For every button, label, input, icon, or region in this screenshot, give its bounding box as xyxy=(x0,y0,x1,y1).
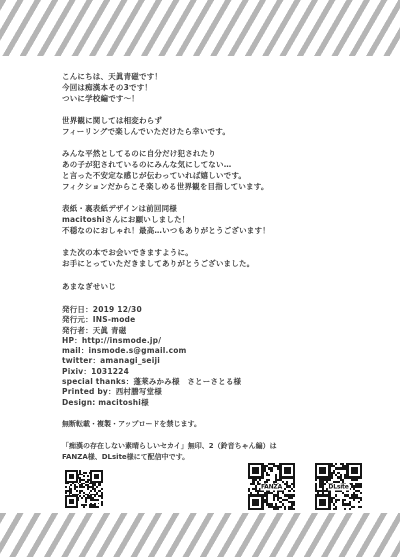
special-thanks: special thanks：蓬莱みかみ様 さとーさとる様 xyxy=(62,377,241,387)
qr-pattern xyxy=(65,470,103,508)
author-signature: あまなぎせいじ xyxy=(62,281,270,292)
dlsite-qr-code: DLsite xyxy=(315,463,362,510)
text-line: 表紙・裏表紙デザインは前回同様 xyxy=(62,204,177,213)
text-line: こんにちは、天眞青磁です！ xyxy=(62,72,162,81)
distribution-notice: 「痴漢の存在しない素晴らしいセカイ」無印、2（鈴音ちゃん編）は FANZA様、D… xyxy=(62,441,277,463)
text-line: また次の本でお会いできますように。 xyxy=(62,248,193,257)
text-line: 今回は痴漢本その3です！ xyxy=(62,83,152,92)
colophon-block: 発行日：2019 12/30 発行元：INS-mode 発行者：天眞 青磁 HP… xyxy=(62,305,241,408)
text-line: 不穏なのにおしゃれ！最高…いつもありがとうございます！ xyxy=(62,226,270,235)
greeting-paragraph: こんにちは、天眞青磁です！ 今回は痴漢本その3です！ ついに学校編です〜！ xyxy=(62,71,270,104)
afterword-page: こんにちは、天眞青磁です！ 今回は痴漢本その3です！ ついに学校編です〜！ 世界… xyxy=(0,0,400,557)
website-qr-code xyxy=(65,470,103,508)
text-line: フィクションだからこそ楽しめる世界観を目指しています。 xyxy=(62,182,269,191)
mail-address: mail：insmode.s@gmail.com xyxy=(62,346,241,356)
text-line: あの子が犯されているのにみんな気にしてない… xyxy=(62,160,231,169)
text-line: フィーリングで楽しんでいただけたら幸いです。 xyxy=(62,127,230,136)
publisher-circle: 発行元：INS-mode xyxy=(62,315,241,325)
publish-date: 発行日：2019 12/30 xyxy=(62,305,241,315)
text-line: FANZA様、DLsite様にて配信中です。 xyxy=(62,453,189,461)
twitter-handle: twitter：amanagi_seiji xyxy=(62,356,241,366)
design-credit: Design: macitoshi様 xyxy=(62,398,241,408)
worldview-paragraph: 世界観に関しては相変わらず フィーリングで楽しんでいただけたら幸いです。 xyxy=(62,115,270,137)
fanza-qr-code: FANZA xyxy=(248,463,295,510)
text-line: みんな平然としてるのに自分だけ犯されたり xyxy=(62,149,216,158)
fanza-qr-label: FANZA xyxy=(260,483,283,490)
text-line: ついに学校編です〜！ xyxy=(62,94,139,103)
printer-credit: Printed by：西村謄写堂様 xyxy=(62,387,241,397)
dlsite-qr-label: DLsite xyxy=(327,483,349,490)
afterword-text: こんにちは、天眞青磁です！ 今回は痴漢本その3です！ ついに学校編です〜！ 世界… xyxy=(62,71,270,303)
text-line: 「痴漢の存在しない素晴らしいセカイ」無印、2（鈴音ちゃん編）は xyxy=(62,442,277,450)
text-line: macitoshiさんにお願いしました！ xyxy=(62,215,190,224)
feeling-paragraph: みんな平然としてるのに自分だけ犯されたり あの子が犯されているのにみんな気にして… xyxy=(62,148,270,192)
closing-paragraph: また次の本でお会いできますように。 お手にとっていただきましてありがとうございま… xyxy=(62,247,270,269)
design-credit-paragraph: 表紙・裏表紙デザインは前回同様 macitoshiさんにお願いしました！ 不穏な… xyxy=(62,203,270,236)
text-line: お手にとっていただきましてありがとうございました。 xyxy=(62,259,254,268)
homepage-url: HP：http://insmode.jp/ xyxy=(62,336,241,346)
text-line: 世界観に関しては相変わらず xyxy=(62,116,162,125)
copyright-notice: 無断転載・複製・アップロードを禁じます。 xyxy=(62,419,201,429)
text-line: と言った不安定な感じが伝わっていれば嬉しいです。 xyxy=(62,171,246,180)
bottom-stripe-band xyxy=(0,513,400,557)
pixiv-id: Pixiv：1031224 xyxy=(62,367,241,377)
publisher-name: 発行者：天眞 青磁 xyxy=(62,326,241,336)
top-stripe-band xyxy=(0,0,400,56)
